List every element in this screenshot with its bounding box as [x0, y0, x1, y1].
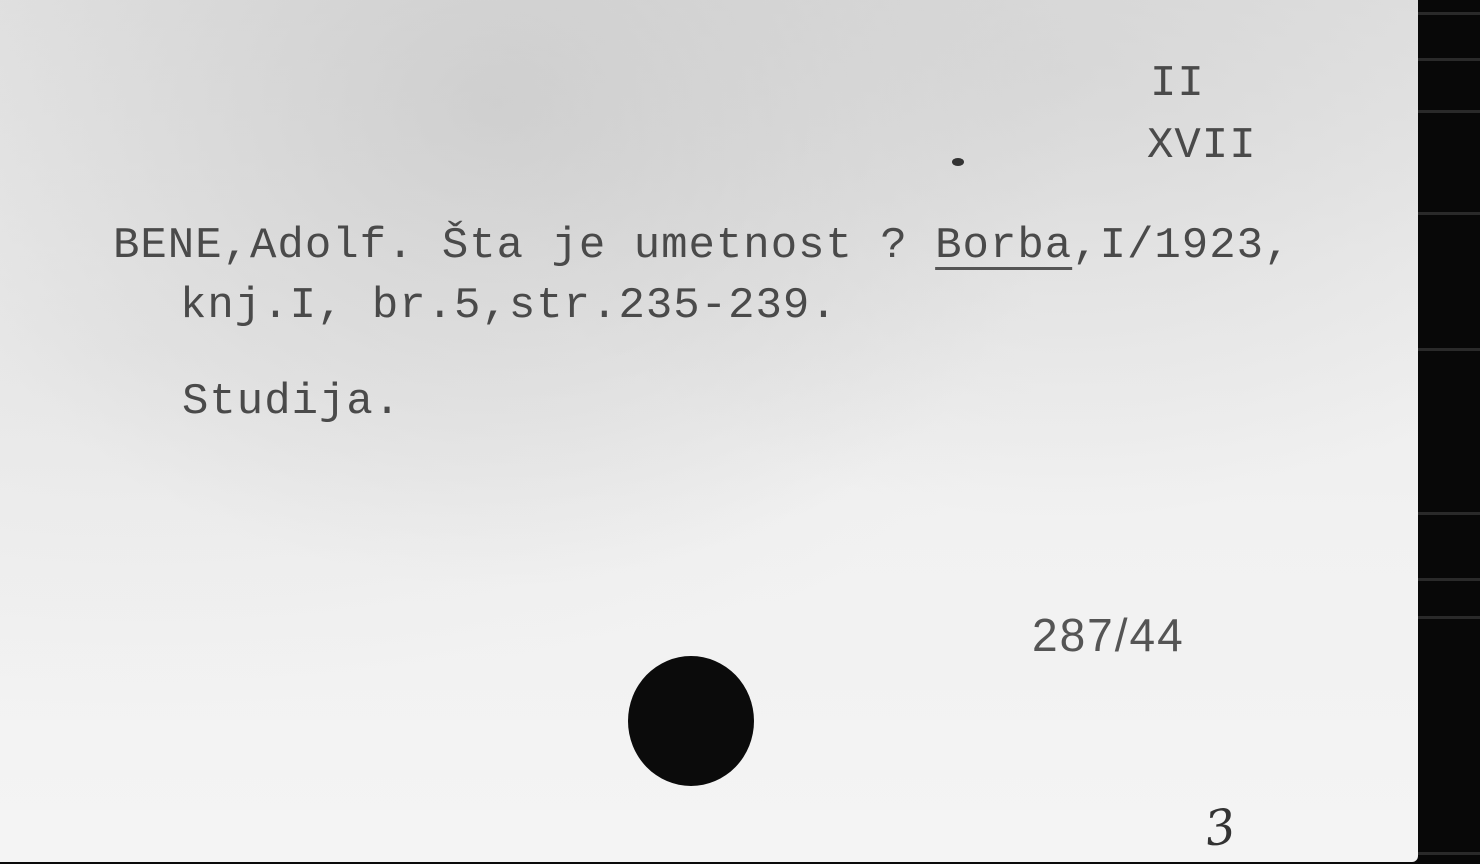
catalog-card: II XVII BENE,Adolf. Šta je umetnost ? Bo… [0, 0, 1418, 862]
classification-mark-line-1: II [1150, 62, 1205, 106]
author-name: BENE,Adolf. [113, 221, 414, 271]
journal-name: Borba [935, 221, 1072, 271]
handwritten-mark: 3 [1201, 798, 1239, 858]
ink-speck [952, 158, 964, 166]
scan-artifact-line [1418, 58, 1480, 61]
scan-artifact-line [1418, 616, 1480, 619]
card-note: Studija. [182, 380, 401, 424]
scanned-catalog-card-image: II XVII BENE,Adolf. Šta je umetnost ? Bo… [0, 0, 1480, 864]
scan-artifact-line [1418, 12, 1480, 15]
scanner-edge-strip [1418, 0, 1480, 864]
call-number: 287/44 [1032, 608, 1185, 662]
classification-mark-line-2: XVII [1147, 124, 1257, 168]
scan-artifact-line [1418, 212, 1480, 215]
journal-volume-year: ,I/1923, [1072, 221, 1291, 271]
scan-artifact-line [1418, 578, 1480, 581]
scan-artifact-line [1418, 512, 1480, 515]
scan-artifact-line [1418, 852, 1480, 855]
scan-artifact-line [1418, 348, 1480, 351]
bibliographic-entry-line-2: knj.I, br.5,str.235-239. [180, 284, 838, 328]
scan-artifact-line [1418, 110, 1480, 113]
bibliographic-entry-line-1: BENE,Adolf. Šta je umetnost ? Borba,I/19… [113, 224, 1291, 268]
article-title: Šta je umetnost ? [414, 221, 935, 271]
punch-hole [628, 656, 754, 786]
